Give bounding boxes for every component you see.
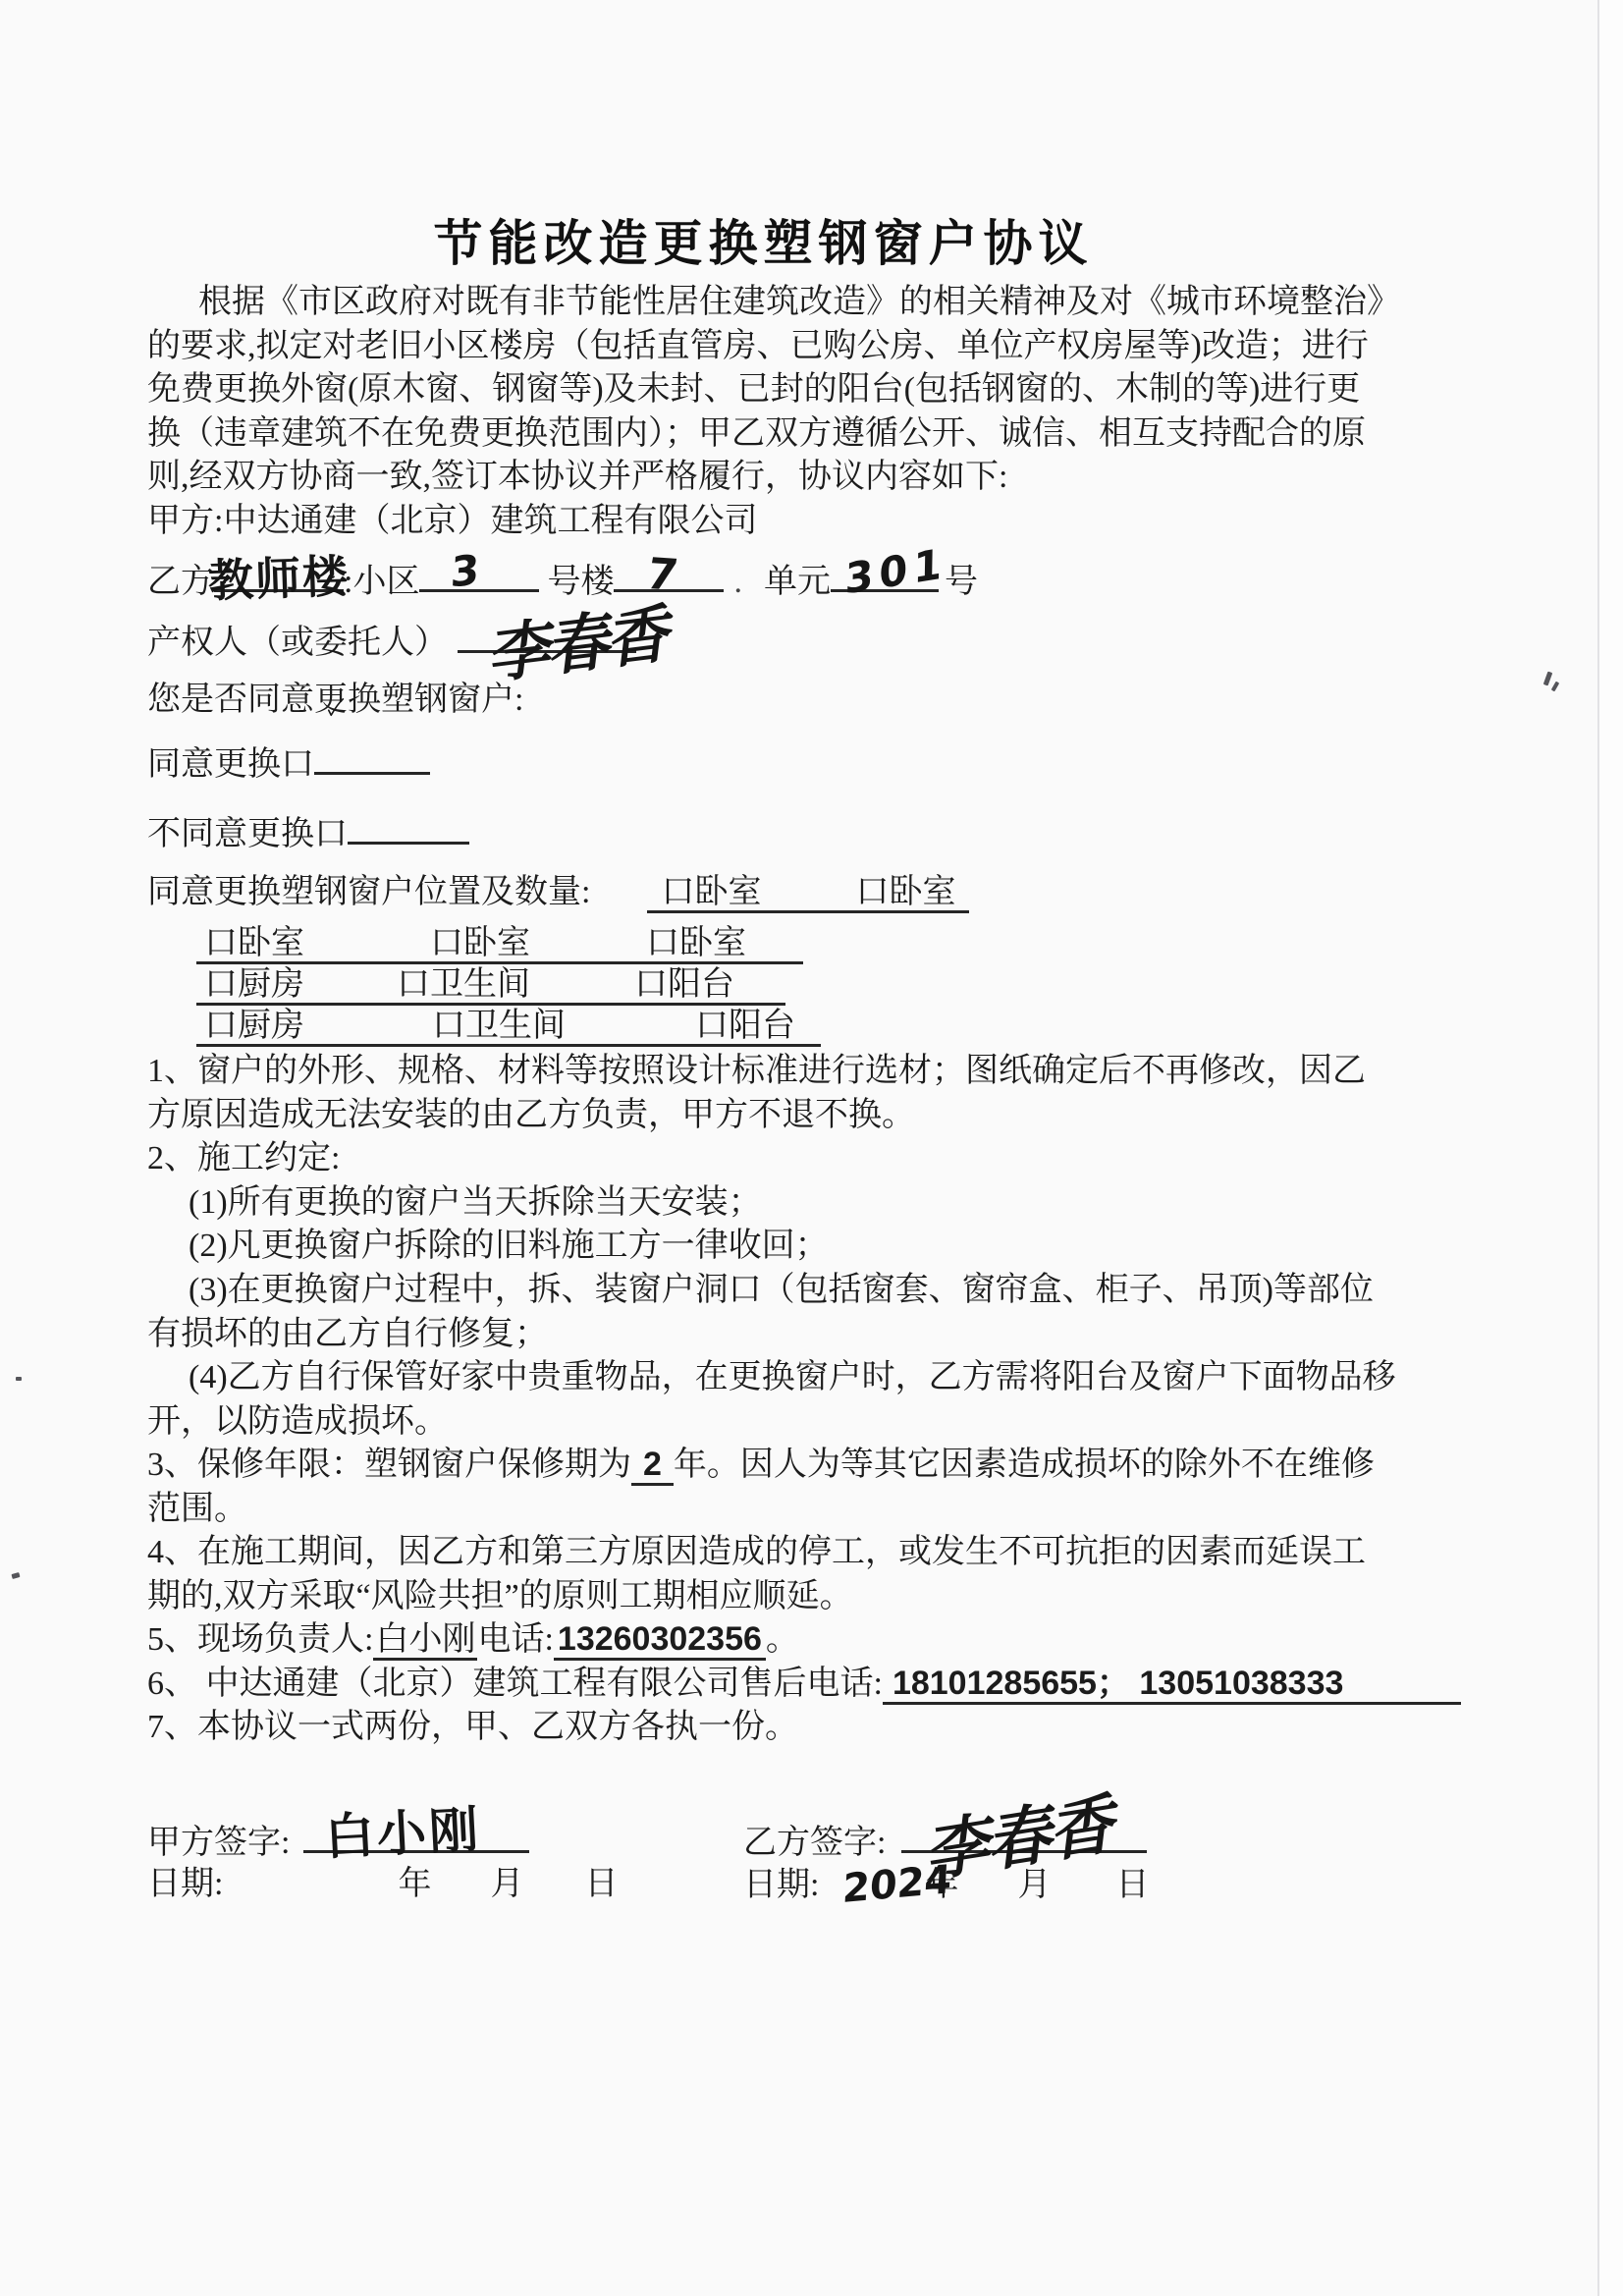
term-2-heading: 2、施工约定:	[147, 1136, 1384, 1180]
site-manager-phone: 13260302356	[554, 1620, 766, 1661]
intro-line-4: 换（违章建筑不在免费更换范围内）；甲乙双方遵循公开、诚信、相互支持配合的原	[147, 411, 1384, 456]
location-cell: 口阳台	[634, 962, 734, 1007]
locations-header-label: 同意更换塑钢窗户位置及数量:	[147, 874, 590, 910]
community-label: :小区	[344, 564, 419, 600]
location-cell: 口卧室	[855, 870, 955, 914]
term-3-post: 年。因人为等其它因素造成损坏的除外不在维修	[674, 1447, 1375, 1483]
location-cell: 口厨房	[204, 962, 304, 1007]
party-b-signature-label: 乙方签字:	[743, 1825, 886, 1861]
location-cell: 口厨房	[204, 1004, 304, 1048]
party-a-date-label: 日期:	[147, 1866, 223, 1902]
location-cell: 口卫生间	[432, 1004, 566, 1048]
locations-row-3: 口厨房口卫生间口阳台	[196, 1004, 821, 1048]
intro-line-2: 的要求,拟定对老旧小区楼房（包括直管房、已购公房、单位产权房屋等)改造；进行	[147, 324, 1384, 368]
owner-signature-handwriting: 李春香	[489, 612, 673, 679]
party-a-signature-label: 甲方签字:	[147, 1825, 290, 1861]
party-a-signature-blank: 白小刚	[303, 1817, 529, 1853]
term-2-sub-4-line-2: 开，以防造成损坏。	[147, 1399, 1384, 1444]
party-b-label: 乙方	[147, 564, 214, 600]
intro-line-1: 根据《市区政府对既有非节能性居住建筑改造》的相关精神及对《城市环境整治》	[147, 280, 1435, 324]
term-3-pre: 3、保修年限：塑钢窗户保修期为	[147, 1447, 631, 1483]
term-2-sub-2: (2)凡更换窗户拆除的旧料施工方一律收回；	[147, 1224, 1426, 1268]
term-5-line: 5、现场负责人:白小刚电话:13260302356。	[147, 1617, 1384, 1662]
location-cell: 口阳台	[695, 1004, 795, 1048]
location-cell: 口卧室	[204, 921, 304, 965]
separator-dot: .	[724, 564, 742, 600]
warranty-years-value: 2	[631, 1446, 674, 1486]
locations-row-cells: 口厨房口卫生间口阳台	[196, 1008, 821, 1047]
term-4-line-2: 期的,双方采取“风险共担”的原则工期相应顺延。	[147, 1574, 1384, 1618]
building-label: 号楼	[539, 564, 614, 600]
disagree-option-row: 不同意更换口	[147, 808, 469, 856]
community-number-blank: 3	[419, 556, 539, 592]
locations-row-cells: 口厨房口卫生间口阳台	[196, 966, 785, 1006]
site-manager-name: 白小刚	[373, 1621, 477, 1661]
locations-header-cells: 口卧室口卧室	[647, 874, 969, 913]
scan-background-strip	[1599, 0, 1623, 2296]
owner-row: 产权人（或委托人）李春香	[147, 617, 636, 665]
location-cell: 口卧室	[646, 921, 746, 965]
locations-header-row: 同意更换塑钢窗户位置及数量:口卧室口卧室	[147, 870, 969, 914]
term-5-pre: 5、现场负责人:	[147, 1621, 373, 1658]
scan-artifact	[16, 1377, 22, 1381]
location-cell: 口卧室	[661, 870, 761, 914]
owner-signature-blank: 李春香	[458, 617, 636, 653]
scanned-agreement-page: 节能改造更换塑钢窗户协议 根据《市区政府对既有非节能性居住建筑改造》的相关精神及…	[0, 0, 1623, 2296]
agree-checkmark-icon	[295, 697, 577, 786]
term-1-line-1: 1、窗户的外形、规格、材料等按照设计标准进行选材；图纸确定后不再修改，因乙	[147, 1049, 1384, 1093]
term-2-sub-1: (1)所有更换的窗户当天拆除当天安装；	[147, 1180, 1426, 1225]
paper-edge	[1597, 0, 1599, 2296]
disagree-option-label: 不同意更换口	[147, 816, 348, 852]
scan-artifact	[1551, 682, 1559, 692]
locations-row-cells: 口卧室口卧室口卧室	[196, 925, 803, 964]
location-cell: 口卧室	[430, 921, 530, 965]
term-2-sub-3-line-1: (3)在更换窗户过程中，拆、装窗户洞口（包括窗套、窗帘盒、柜子、吊顶)等部位	[147, 1268, 1426, 1312]
scan-artifact	[1543, 672, 1552, 686]
month-label: 月	[958, 1867, 1051, 1903]
term-7-line: 7、本协议一式两份，甲、乙双方各执一份。	[147, 1705, 1384, 1749]
estate-name-handwriting: 教师楼	[207, 555, 350, 604]
location-cell: 口卫生间	[397, 962, 530, 1007]
term-2-sub-4-line-1: (4)乙方自行保管好家中贵重物品，在更换窗户时，乙方需将阳台及窗户下面物品移	[147, 1355, 1426, 1399]
locations-row-1: 口卧室口卧室口卧室	[196, 921, 803, 965]
party-a-signature-handwriting: 白小刚	[324, 1808, 482, 1860]
intro-line-3: 免费更换外窗(原木窗、钢窗等)及未封、已封的阳台(包括钢窗的、木制的等)进行更	[147, 367, 1384, 411]
term-3-line-2: 范围。	[147, 1487, 1384, 1531]
estate-name-blank: 教师楼	[214, 556, 344, 592]
page-title: 节能改造更换塑钢窗户协议	[147, 204, 1380, 275]
party-a-line: 甲方:中达通建（北京）建筑工程有限公司	[147, 499, 1384, 543]
building-number-handwriting: 7	[644, 552, 681, 598]
party-b-signature-blank: 李春香	[901, 1817, 1147, 1853]
unit-number-blank: 301	[831, 556, 939, 592]
party-b-year-blank: 2024	[827, 1862, 925, 1895]
day-label: 日	[523, 1866, 618, 1902]
party-b-year-handwriting: 2024	[841, 1858, 952, 1912]
party-b-row: 乙方教师楼:小区3号楼7.单元301号	[147, 556, 978, 604]
term-3-line-1: 3、保修年限：塑钢窗户保修期为2年。因人为等其它因素造成损坏的除外不在维修	[147, 1443, 1384, 1487]
month-label: 月	[431, 1866, 523, 1902]
owner-label: 产权人（或委托人）	[147, 625, 448, 661]
community-number-handwriting: 3	[450, 548, 481, 595]
party-b-date-label: 日期:	[743, 1867, 819, 1903]
unit-label: 单元	[742, 564, 831, 600]
building-number-blank: 7	[614, 556, 724, 592]
term-4-line-1: 4、在施工期间，因乙方和第三方原因造成的停工，或发生不可抗拒的因素而延误工	[147, 1530, 1384, 1574]
year-label: 年	[223, 1866, 431, 1902]
intro-line-5: 则,经双方协商一致,签订本协议并严格履行，协议内容如下:	[147, 455, 1384, 499]
after-sales-phones: 18101285655； 13051038333	[883, 1665, 1461, 1705]
term-6-pre: 6、 中达通建（北京）建筑工程有限公司售后电话:	[147, 1666, 883, 1702]
term-6-line: 6、 中达通建（北京）建筑工程有限公司售后电话:18101285655； 130…	[147, 1662, 1384, 1706]
scan-artifact	[11, 1572, 20, 1579]
unit-number-handwriting: 301	[844, 540, 947, 601]
locations-row-2: 口厨房口卫生间口阳台	[196, 962, 785, 1007]
term-5-mid: 电话:	[477, 1621, 553, 1658]
term-1-line-2: 方原因造成无法安装的由乙方负责，甲方不退不换。	[147, 1093, 1384, 1137]
party-b-date-row: 日期:2024年月日	[743, 1862, 1149, 1907]
party-a-signature-row: 甲方签字:白小刚	[147, 1817, 529, 1865]
day-label: 日	[1051, 1867, 1149, 1903]
disagree-blank	[348, 808, 469, 845]
term-2-sub-3-line-2: 有损坏的由乙方自行修复；	[147, 1312, 1384, 1356]
term-5-post: 。	[766, 1621, 799, 1658]
party-a-date-row: 日期:年月日	[147, 1862, 618, 1906]
agree-option-row: 同意更换口	[147, 738, 430, 787]
agree-option-label: 同意更换口	[147, 746, 314, 783]
